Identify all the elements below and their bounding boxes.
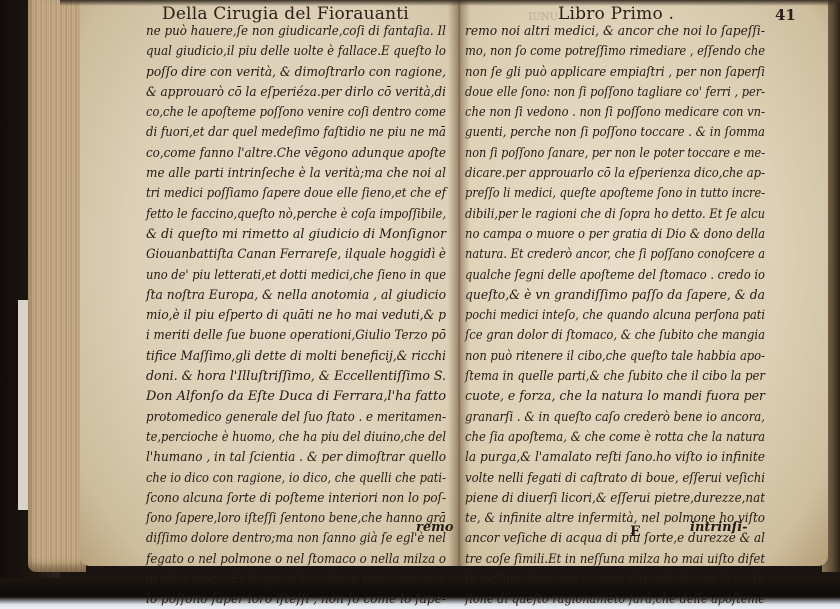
text-line: non ſi poſſono ſanare, per non le poter … bbox=[465, 144, 765, 164]
text-line: che ſia apoſtema, & che come è rotta che… bbox=[465, 428, 774, 448]
right-page-text: remo noi altri medici, & ancor che noi l… bbox=[465, 22, 817, 609]
text-line: piene di diuerſi licori,& eſſerui pietre… bbox=[465, 489, 783, 509]
text-line: protomedico generale del ſuo ſtato . e m… bbox=[146, 408, 456, 428]
top-shadow bbox=[60, 0, 840, 6]
text-line: co,che le apoſteme poſſono venire coſi d… bbox=[146, 103, 448, 123]
text-line: uno de' piu letterati,et dotti medici,ch… bbox=[146, 266, 446, 286]
book-scan: Della Cirugia del Fiorauanti ne può haue… bbox=[0, 0, 840, 609]
text-line: ſta noſtra Europa, & nella anotomia , al… bbox=[146, 286, 469, 306]
text-line: lo poſſono ſaper loro iſteſſi , non ſo c… bbox=[146, 590, 465, 609]
text-line: in altro luoco. Et ſe queſti tali che lo… bbox=[146, 570, 449, 590]
book-gutter bbox=[448, 0, 470, 566]
text-line: la purga,& l'amalato reſti ſano.ho viſto… bbox=[465, 448, 789, 468]
endpaper-strip bbox=[18, 300, 28, 510]
text-line: dibili,per le ragioni che di ſopra ho de… bbox=[465, 205, 771, 225]
text-line: & di queſto mi rimetto al giudicio di Mo… bbox=[146, 225, 475, 245]
right-catchword: intrinſi- bbox=[690, 520, 748, 535]
right-page: ɪᴜɴᴜ Libro Primo . 41 remo noi altri med… bbox=[458, 0, 828, 566]
text-line: cuote, e forza, che la natura lo mandi f… bbox=[465, 387, 798, 407]
text-line: che io dico con ragione, io dico, che qu… bbox=[146, 469, 447, 489]
text-line: me alle parti intrinſeche è la verità;ma… bbox=[146, 164, 463, 184]
text-line: guenti, perche non ſi poſſono toccare . … bbox=[465, 123, 776, 143]
text-line: ſcono alcuna ſorte di poſteme interiori … bbox=[146, 489, 459, 509]
text-line: mio,è il piu eſperto di quāti ne ho mai … bbox=[146, 306, 463, 326]
text-line: i meriti delle ſue buone operationi,Giul… bbox=[146, 326, 456, 346]
text-line: ſono ſapere,loro iſteſſi ſentono bene,ch… bbox=[146, 509, 452, 529]
signature-mark: E bbox=[630, 524, 641, 540]
text-line: diſſimo dolore dentro;ma non ſanno già ſ… bbox=[146, 529, 451, 549]
text-line: no campa o muore o per gratia di Dio & d… bbox=[465, 225, 775, 245]
text-line: tri medici poſſiamo ſapere doue elle ſie… bbox=[146, 184, 452, 204]
text-line: ſce gran dolor di ſtomaco, & che ſubito … bbox=[465, 326, 773, 346]
text-line: fetto le faccino,queſto nò,perche è coſa… bbox=[146, 205, 449, 225]
text-line: granarſi . & in queſto caſo crederò bene… bbox=[465, 408, 777, 428]
text-line: tre coſe ſimili.Et in neſſuna milza ho m… bbox=[465, 550, 775, 570]
text-line: Giouanbattiſta Canan Ferrareſe, ilquale … bbox=[146, 245, 459, 265]
text-line: non può ritenere il cibo,che queſto tale… bbox=[465, 347, 772, 367]
text-line: mo, non ſo come potreſſimo rimediare , e… bbox=[465, 42, 771, 62]
page-edges-left bbox=[28, 0, 86, 572]
text-line: co,come fanno l'altre.Che vēgono adunque… bbox=[146, 144, 458, 164]
text-line: l'humano , in tal ſcientia . & per dimoſ… bbox=[146, 448, 463, 468]
text-line: natura. Et crederò ancor, che ſi poſſano… bbox=[465, 245, 769, 265]
text-line: remo noi altri medici, & ancor che noi l… bbox=[465, 22, 791, 42]
text-line: di fuori,et dar quel medeſimo faſtidio n… bbox=[146, 123, 452, 143]
text-line: doue elle ſono: non ſi poſſono tagliare … bbox=[465, 83, 768, 103]
text-line: qualche ſegni delle apoſteme del ſtomaco… bbox=[465, 266, 772, 286]
text-line: che non ſi vedono . non ſi poſſono medic… bbox=[465, 103, 773, 123]
text-line: to neſſuno,ſaluo piu o meno alterata. Si… bbox=[465, 570, 769, 590]
text-line: & approuarò cō la eſperiéza.per dirlo cō… bbox=[146, 83, 461, 103]
text-line: preſſo li medici, queſte apoſteme ſono i… bbox=[465, 184, 767, 204]
text-line: ſione di queſto ragionamēto ſarà,che del… bbox=[465, 590, 768, 609]
text-line: fegato o nel polmone o nel ſtomaco o nel… bbox=[146, 550, 454, 570]
text-line: non ſe gli può applicare empiaſtri , per… bbox=[465, 63, 778, 83]
text-line: ſtema in quelle parti,& che ſubito che i… bbox=[465, 367, 776, 387]
text-line: Don Alfonſo da Eſte Duca di Ferrara,l'ha… bbox=[146, 387, 485, 407]
text-line: qual giudicio,il piu delle uolte è falla… bbox=[146, 42, 454, 62]
right-running-head: Libro Primo . bbox=[558, 4, 674, 24]
left-running-head: Della Cirugia del Fiorauanti bbox=[162, 4, 409, 24]
text-line: queſto,& è vn grandiſſimo paſſo da ſaper… bbox=[465, 286, 795, 306]
text-line: ne può hauere,ſe non giudicarle,coſi di … bbox=[146, 22, 458, 42]
text-line: poſſo dire con verità, & dimoſtrarlo con… bbox=[146, 63, 466, 83]
text-line: volte nelli fegati di caſtrato di boue, … bbox=[465, 469, 778, 489]
text-line: tifice Maſſimo,gli dette di molti benefi… bbox=[146, 347, 462, 367]
text-line: doni. & hora l'Illuſtriſſimo, & Eccellen… bbox=[146, 367, 475, 387]
left-page: Della Cirugia del Fiorauanti ne può haue… bbox=[80, 0, 458, 566]
text-line: dicare.per approuarlo cō la eſperienza d… bbox=[465, 164, 773, 184]
text-line: te,percioche è huomo, che ha piu del diu… bbox=[146, 428, 446, 448]
text-line: pochi medici inteſo, che quando alcuna p… bbox=[465, 306, 768, 326]
